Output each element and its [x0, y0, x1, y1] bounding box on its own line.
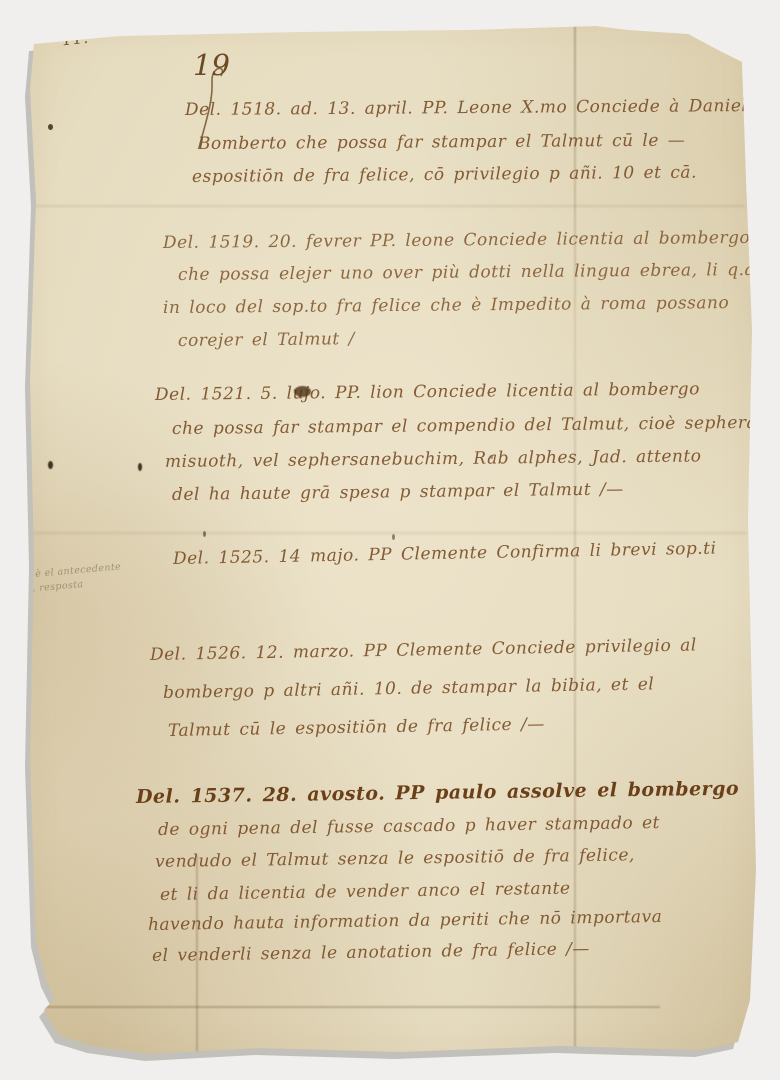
- entry-line: espositiōn de fra felice, cō privilegio …: [192, 163, 697, 187]
- manuscript-photo: 11. 19 Del. 1518. ad. 13. april. PP. Leo…: [0, 0, 780, 1080]
- entry-line: de ogni pena del fusse cascado p haver s…: [158, 813, 660, 840]
- ink-speck: [48, 124, 53, 130]
- entry-line: corejer el Talmut /: [178, 329, 355, 351]
- entry-line: Del. 1518. ad. 13. april. PP. Leone X.mo…: [185, 96, 747, 120]
- horizontal-fold-crease: [34, 205, 744, 207]
- entry-line: misuoth, vel sephersanebuchim, Rab alphe…: [165, 446, 702, 472]
- entry-line: Bomberto che possa far stampar el Talmut…: [198, 131, 685, 154]
- marginal-note-line: … è el antecedente: [22, 561, 122, 581]
- entry-line: havendo hauta information da periti che …: [148, 907, 663, 935]
- entry-line: Talmut cū le espositiōn de fra felice /—: [168, 714, 545, 741]
- horizontal-fold-crease: [40, 1006, 660, 1008]
- marginal-note-line: … resposta: [26, 579, 84, 595]
- entry-line: Del. 1526. 12. marzo. PP Clemente Concie…: [150, 635, 697, 665]
- ink-speck: [203, 531, 206, 537]
- entry-line: che possa far stampar el compendio del T…: [172, 413, 757, 439]
- binding-hole: [138, 463, 142, 471]
- entry-line: el venderli senza le anotation de fra fe…: [152, 939, 590, 966]
- entry-line: vendudo el Talmut senza le espositiō de …: [155, 845, 635, 872]
- entry-line: in loco del sop.to fra felice che è Impe…: [163, 293, 729, 318]
- entry-line: Del. 1519. 20. fevrer PP. leone Conciede…: [163, 228, 750, 253]
- binding-hole: [48, 461, 53, 469]
- ink-speck: [392, 534, 395, 540]
- entry-line: Del. 1521. 5. lujo. PP. lion Conciede li…: [155, 379, 700, 405]
- entry-line: Del. 1537. 28. avosto. PP paulo assolve …: [136, 778, 739, 808]
- folio-number: 11.: [61, 29, 90, 50]
- horizontal-fold-crease: [30, 532, 746, 534]
- entry-line: et li da licentia de vender anco el rest…: [160, 879, 571, 905]
- entry-line: bombergo p altri añi. 10. de stampar la …: [163, 674, 655, 703]
- entry-line: Del. 1525. 14 majo. PP Clemente Confirma…: [173, 539, 717, 569]
- manuscript-page: 11. 19 Del. 1518. ad. 13. april. PP. Leo…: [0, 0, 780, 1080]
- entry-line: del ha haute grā spesa p stampar el Talm…: [172, 479, 624, 505]
- ink-blot: [294, 386, 311, 397]
- entry-line: che possa elejer uno over più dotti nell…: [178, 260, 767, 285]
